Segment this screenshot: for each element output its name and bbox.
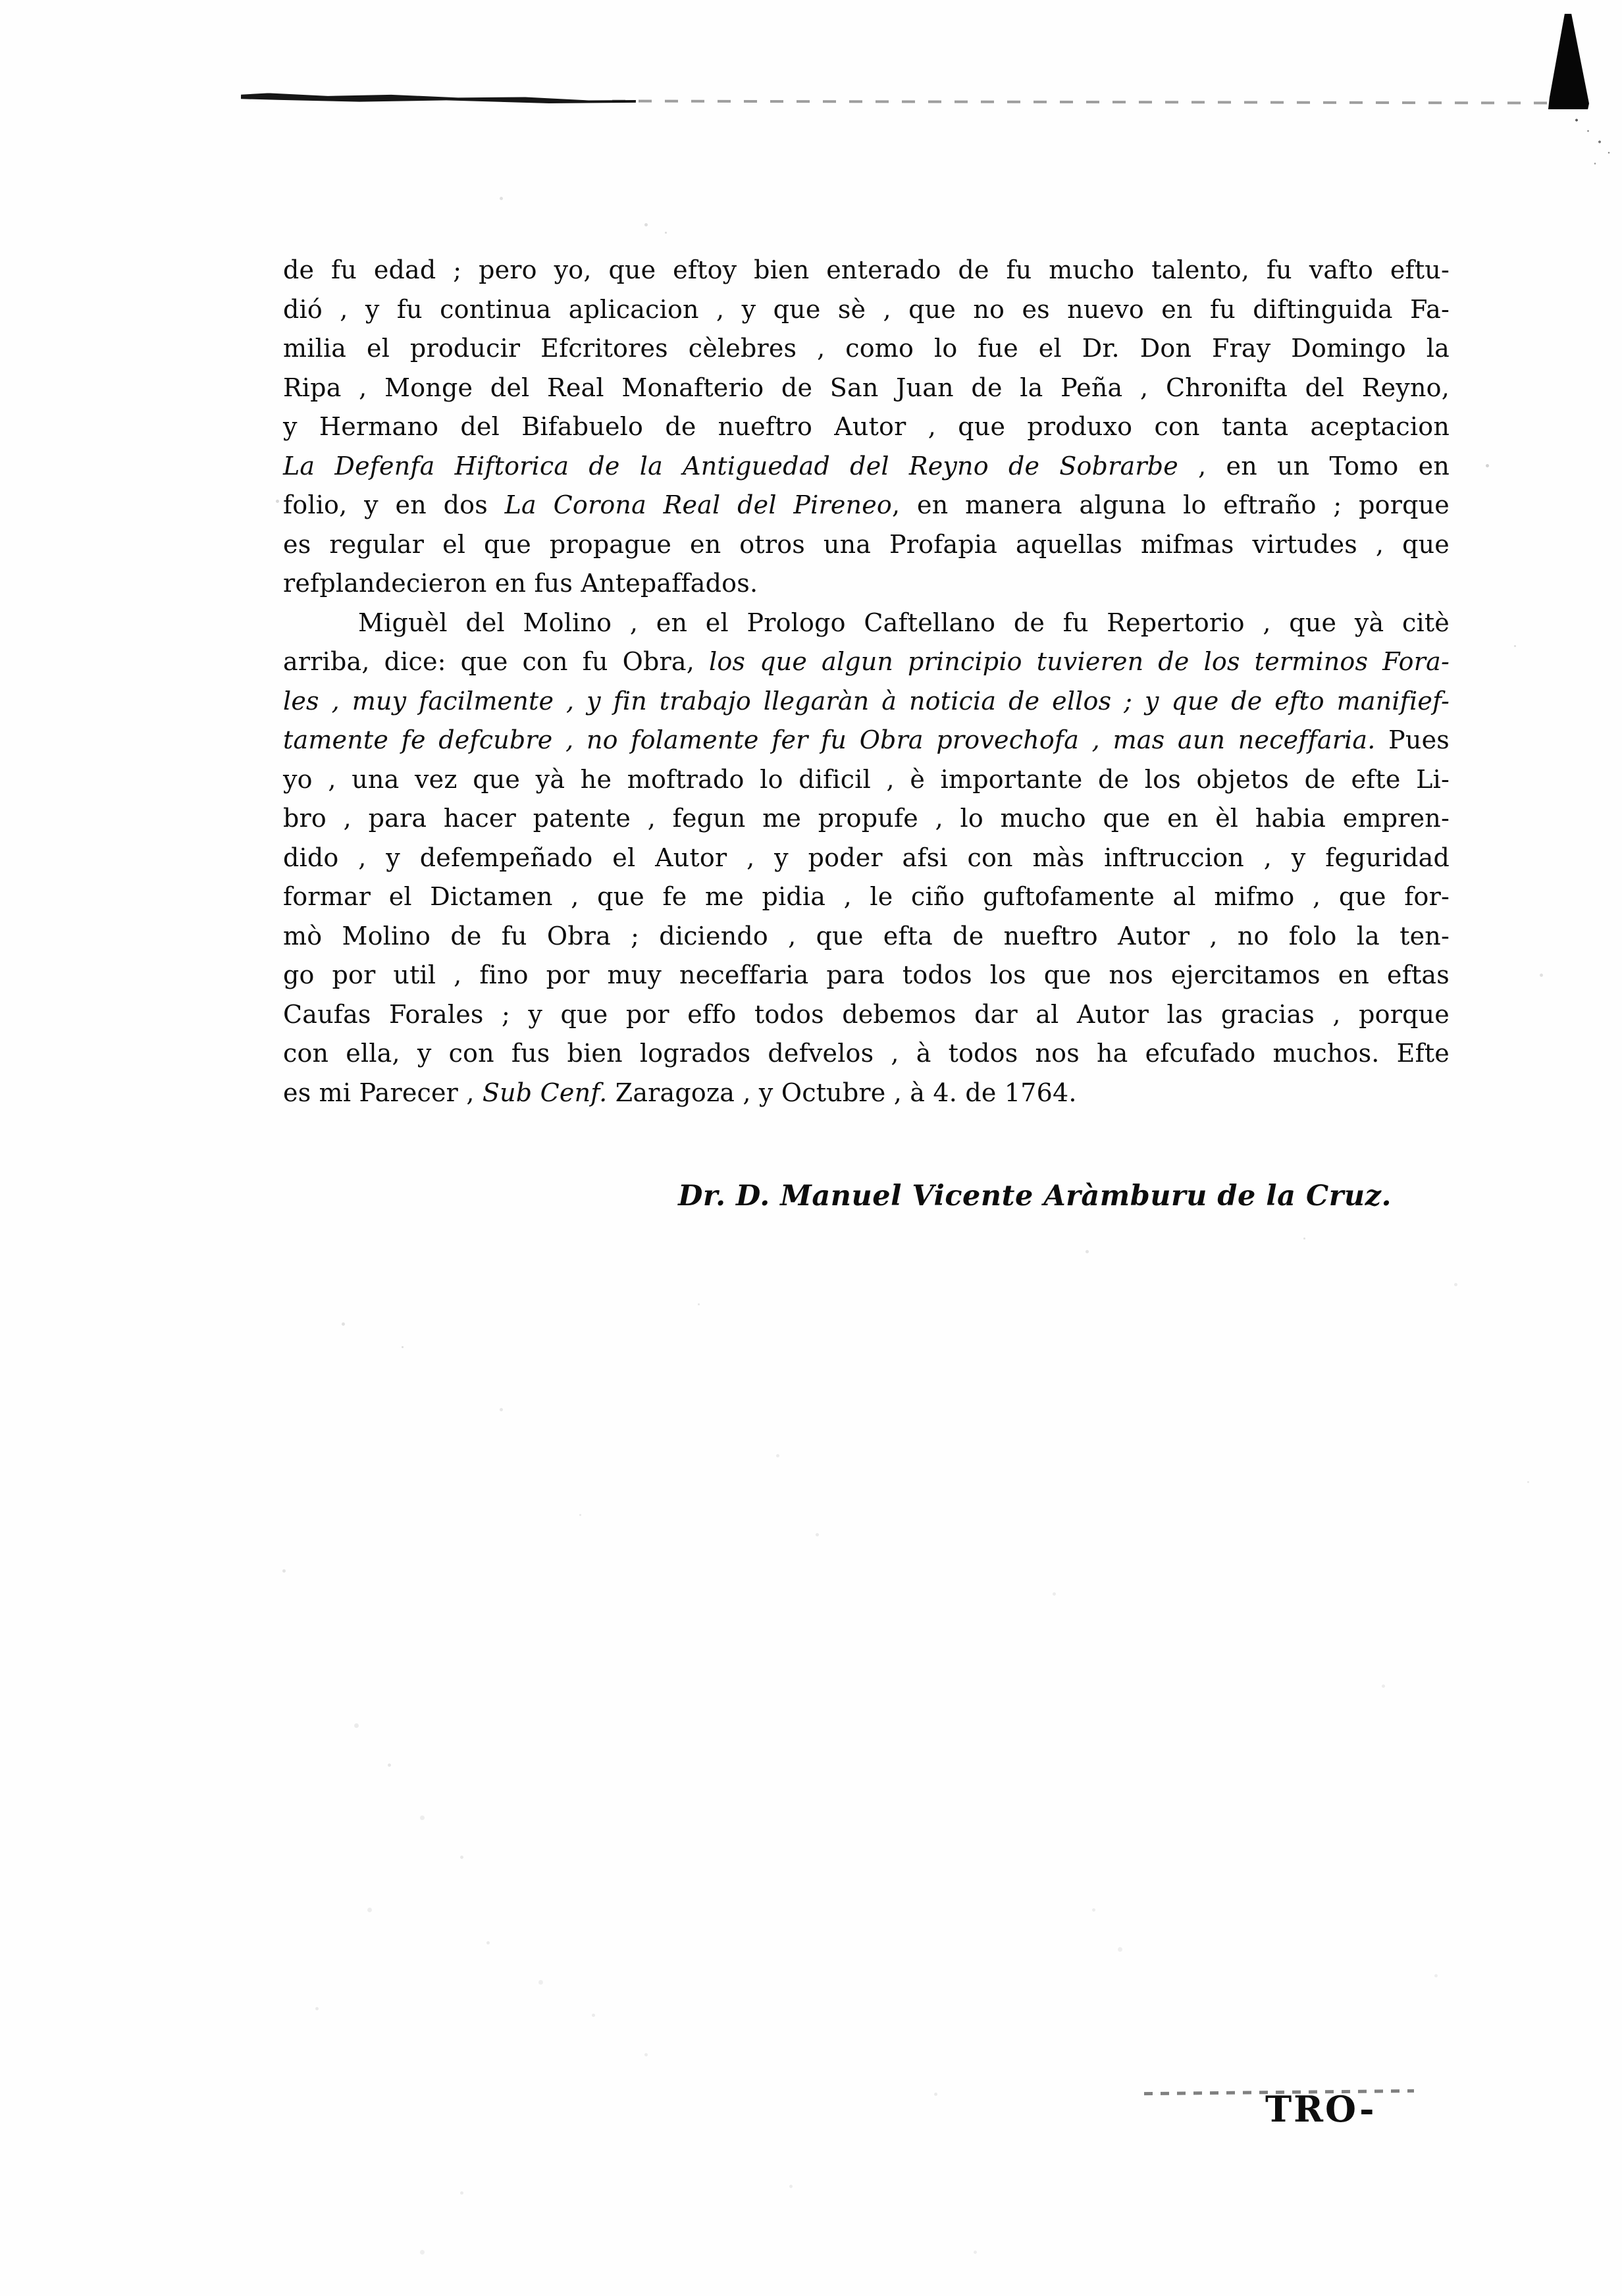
text-line: tamente fe defcubre , no folamente fer f… bbox=[283, 721, 1450, 760]
catchword: TRO- bbox=[1265, 2088, 1376, 2130]
text-segment: y Hermano del Bifabuelo de nueftro Autor… bbox=[283, 412, 1450, 441]
text-segment: de fu edad ; pero yo, que eftoy bien ent… bbox=[283, 255, 1450, 284]
text-line: dió , y fu continua aplicacion , y que s… bbox=[283, 290, 1450, 330]
text-line: folio, y en dos La Corona Real del Piren… bbox=[283, 486, 1450, 525]
text-segment: mò Molino de fu Obra ; diciendo , que ef… bbox=[283, 922, 1450, 951]
text-line: formar el Dictamen , que fe me pidia , l… bbox=[283, 877, 1450, 917]
text-line: go por util , fino por muy neceffaria pa… bbox=[283, 956, 1450, 995]
text-segment: Zaragoza , y Octubre , à 4. de 1764. bbox=[607, 1078, 1076, 1107]
text-line: es regular el que propague en otros una … bbox=[283, 525, 1450, 565]
italic-text-segment: Sub Cenf. bbox=[483, 1078, 608, 1107]
text-line: es mi Parecer , Sub Cenf. Zaragoza , y O… bbox=[283, 1074, 1450, 1113]
text-segment: , en manera alguna lo eftraño ; porque bbox=[892, 490, 1450, 519]
italic-text-segment: La Corona Real del Pireneo bbox=[505, 490, 892, 519]
text-segment: yo , una vez que yà he moftrado lo dific… bbox=[283, 765, 1450, 794]
text-line: y Hermano del Bifabuelo de nueftro Autor… bbox=[283, 407, 1450, 447]
censor-signature: Dr. D. Manuel Vicente Aràmburu de la Cru… bbox=[678, 1180, 1392, 1213]
text-segment: bro , para hacer patente , fegun me prop… bbox=[283, 804, 1450, 833]
text-segment: folio, y en dos bbox=[283, 490, 505, 519]
text-line: Caufas Forales ; y que por effo todos de… bbox=[283, 995, 1450, 1035]
ink-wedge-corner-mark bbox=[1547, 14, 1589, 109]
italic-text-segment: los que algun principio tuvieren de los … bbox=[709, 647, 1450, 676]
italic-text-segment: tamente fe defcubre , no folamente fer f… bbox=[283, 725, 1376, 754]
text-line: Ripa , Monge del Real Monafterio de San … bbox=[283, 369, 1450, 408]
text-segment: refplandecieron en fus Antepaffados. bbox=[283, 569, 758, 598]
fold-crease-dashes bbox=[612, 100, 1554, 105]
text-line: dido , y defempeñado el Autor , y poder … bbox=[283, 839, 1450, 878]
text-segment: dido , y defempeñado el Autor , y poder … bbox=[283, 843, 1450, 872]
text-line: La Defenfa Hiftorica de la Antiguedad de… bbox=[283, 447, 1450, 486]
text-segment: go por util , fino por muy neceffaria pa… bbox=[283, 960, 1450, 989]
text-line: refplandecieron en fus Antepaffados. bbox=[283, 564, 1450, 604]
text-segment: dió , y fu continua aplicacion , y que s… bbox=[283, 295, 1450, 324]
text-segment: milia el producir Efcritores cèlebres , … bbox=[283, 334, 1450, 363]
text-line: les , muy facilmente , y fin trabajo lle… bbox=[283, 682, 1450, 721]
text-segment: Caufas Forales ; y que por effo todos de… bbox=[283, 1000, 1450, 1029]
text-line: bro , para hacer patente , fegun me prop… bbox=[283, 799, 1450, 839]
text-line: con ella, y con fus bien logrados defvel… bbox=[283, 1034, 1450, 1074]
fold-crease-line bbox=[241, 93, 636, 104]
text-line: milia el producir Efcritores cèlebres , … bbox=[283, 329, 1450, 369]
ink-wedge-speckle bbox=[1572, 109, 1618, 182]
text-line: yo , una vez que yà he moftrado lo dific… bbox=[283, 760, 1450, 800]
text-segment: Miguèl del Molino , en el Prologo Caftel… bbox=[358, 608, 1450, 637]
text-segment: Ripa , Monge del Real Monafterio de San … bbox=[283, 373, 1450, 402]
scan-speckle-upper bbox=[0, 0, 2, 2]
text-line: mò Molino de fu Obra ; diciendo , que ef… bbox=[283, 917, 1450, 956]
text-segment: es mi Parecer , bbox=[283, 1078, 483, 1107]
scanned-page: de fu edad ; pero yo, que eftoy bien ent… bbox=[0, 0, 1622, 2296]
text-segment: formar el Dictamen , que fe me pidia , l… bbox=[283, 882, 1450, 911]
text-segment: , en un Tomo en bbox=[1178, 452, 1450, 481]
text-segment: Pues bbox=[1376, 725, 1450, 754]
text-segment: con ella, y con fus bien logrados defvel… bbox=[283, 1039, 1450, 1068]
text-segment: es regular el que propague en otros una … bbox=[283, 530, 1450, 559]
text-line: arriba, dice: que con fu Obra, los que a… bbox=[283, 642, 1450, 682]
italic-text-segment: La Defenfa Hiftorica de la Antiguedad de… bbox=[283, 452, 1178, 481]
italic-text-segment: les , muy facilmente , y fin trabajo lle… bbox=[283, 687, 1450, 716]
page-text: de fu edad ; pero yo, que eftoy bien ent… bbox=[283, 251, 1450, 1112]
text-line: Miguèl del Molino , en el Prologo Caftel… bbox=[283, 604, 1450, 643]
text-line: de fu edad ; pero yo, que eftoy bien ent… bbox=[283, 251, 1450, 290]
text-segment: arriba, dice: que con fu Obra, bbox=[283, 647, 709, 676]
